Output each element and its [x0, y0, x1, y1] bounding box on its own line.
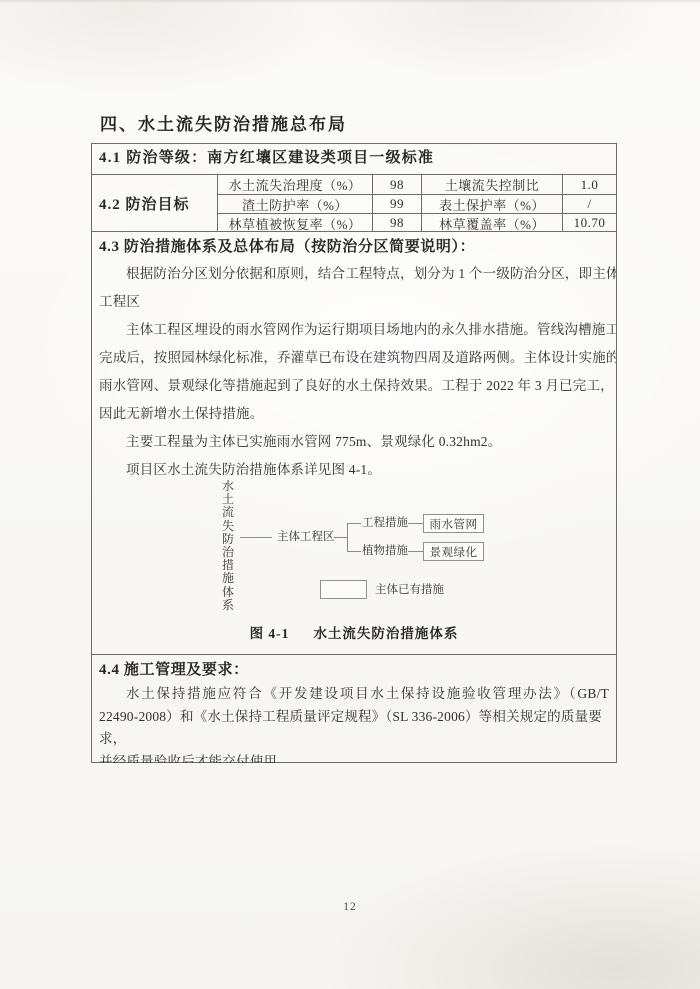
metric-value: 1.0	[563, 175, 616, 194]
section-4-2-label: 4.2 防治目标	[92, 175, 218, 231]
body-line: 雨水管网、景观绿化等措施起到了良好的水土保持效果。工程于 2022 年 3 月已…	[99, 372, 609, 400]
metric-name: 土壤流失控制比	[422, 175, 563, 194]
document-heading: 四、水土流失防治措施总布局	[100, 110, 347, 135]
table-row: 水土流失治理度（%） 98 土壤流失控制比 1.0	[218, 175, 616, 194]
metric-value: /	[563, 195, 616, 213]
measure-box-rainwater: 雨水管网	[423, 514, 484, 533]
diagram-root-label: 主体工程区	[277, 530, 335, 544]
connector-line	[347, 523, 361, 524]
section-4-4-row: 4.4 施工管理及要求： 水土保持措施应符合《开发建设项目水土保持设施验收管理办…	[92, 654, 616, 763]
metric-name: 林草覆盖率（%）	[422, 214, 563, 232]
body-line: 主要工程量为主体已实施雨水管网 775m、景观绿化 0.32hm2。	[99, 428, 609, 456]
measure-system-diagram: 水土流失防治措施体系 主体工程区 工程措施 雨水管网 植物措施 景观绿化 主体已…	[99, 484, 609, 614]
table-row: 林草植被恢复率（%） 98 林草覆盖率（%） 10.70	[218, 213, 616, 232]
legend-label: 主体已有措施	[375, 583, 444, 597]
branch-bracket-line	[347, 523, 348, 552]
body-line: 工程区	[99, 288, 609, 316]
connector-line	[408, 551, 423, 552]
body-line: 根据防治分区划分依据和原则，结合工程特点，划分为 1 个一级防治分区，即主体	[99, 260, 609, 288]
section-4-1-row: 4.1 防治等级：南方红壤区建设类项目一级标准	[92, 144, 616, 174]
metric-value: 98	[373, 214, 422, 232]
connector-line	[347, 551, 361, 552]
connector-line	[334, 537, 347, 538]
diagram-vertical-title: 水土流失防治措施体系	[222, 480, 236, 612]
table-row: 渣土防护率（%） 99 表土保护率（%） /	[218, 194, 616, 213]
metric-name: 林草植被恢复率（%）	[218, 214, 373, 232]
connector-line	[240, 537, 272, 538]
section-4-2-row: 4.2 防治目标 水土流失治理度（%） 98 土壤流失控制比 1.0 渣土防护率…	[92, 174, 616, 231]
body-line: 完成后，按照园林绿化标准，乔灌草已布设在建筑物四周及道路两侧。主体设计实施的	[99, 344, 609, 372]
figure-caption: 图 4-1 水土流失防治措施体系	[99, 622, 609, 642]
main-table: 4.1 防治等级：南方红壤区建设类项目一级标准 4.2 防治目标 水土流失治理度…	[91, 143, 617, 763]
body-line: 水土保持措施应符合《开发建设项目水土保持设施验收管理办法》（GB/T	[99, 683, 609, 706]
legend-symbol-box	[320, 580, 367, 599]
body-line: 主体工程区埋设的雨水管网作为运行期项目场地内的永久排水措施。管线沟槽施工	[99, 316, 609, 344]
figure-number: 图 4-1	[250, 622, 290, 642]
section-4-3-row: 4.3 防治措施体系及总体布局（按防治分区简要说明）： 根据防治分区划分依据和原…	[92, 231, 616, 654]
scan-edge-artifact	[0, 0, 700, 4]
body-line: 22490-2008）和《水土保持工程质量评定规程》（SL 336-2006）等…	[99, 706, 609, 751]
metric-name: 水土流失治理度（%）	[218, 175, 373, 194]
metric-value: 10.70	[563, 214, 616, 232]
metric-value: 98	[373, 175, 422, 194]
connector-line	[408, 523, 423, 524]
metric-value: 99	[373, 195, 422, 213]
metric-name: 渣土防护率（%）	[218, 195, 373, 213]
body-line: 并经质量验收后才能交付使用。	[99, 751, 609, 764]
goals-subtable: 水土流失治理度（%） 98 土壤流失控制比 1.0 渣土防护率（%） 99 表土…	[218, 175, 616, 231]
page-number: 12	[0, 901, 700, 913]
branch-engineering-label: 工程措施	[362, 516, 408, 530]
section-4-3-heading: 4.3 防治措施体系及总体布局（按防治分区简要说明）：	[99, 234, 609, 260]
figure-title: 水土流失防治措施体系	[313, 622, 458, 642]
branch-vegetation-label: 植物措施	[362, 544, 408, 558]
body-line: 项目区水土流失防治措施体系详见图 4-1。	[99, 456, 609, 484]
body-line: 因此无新增水土保持措施。	[99, 400, 609, 428]
measure-box-landscaping: 景观绿化	[423, 542, 484, 561]
metric-name: 表土保护率（%）	[422, 195, 563, 213]
section-4-4-heading: 4.4 施工管理及要求：	[99, 657, 609, 683]
